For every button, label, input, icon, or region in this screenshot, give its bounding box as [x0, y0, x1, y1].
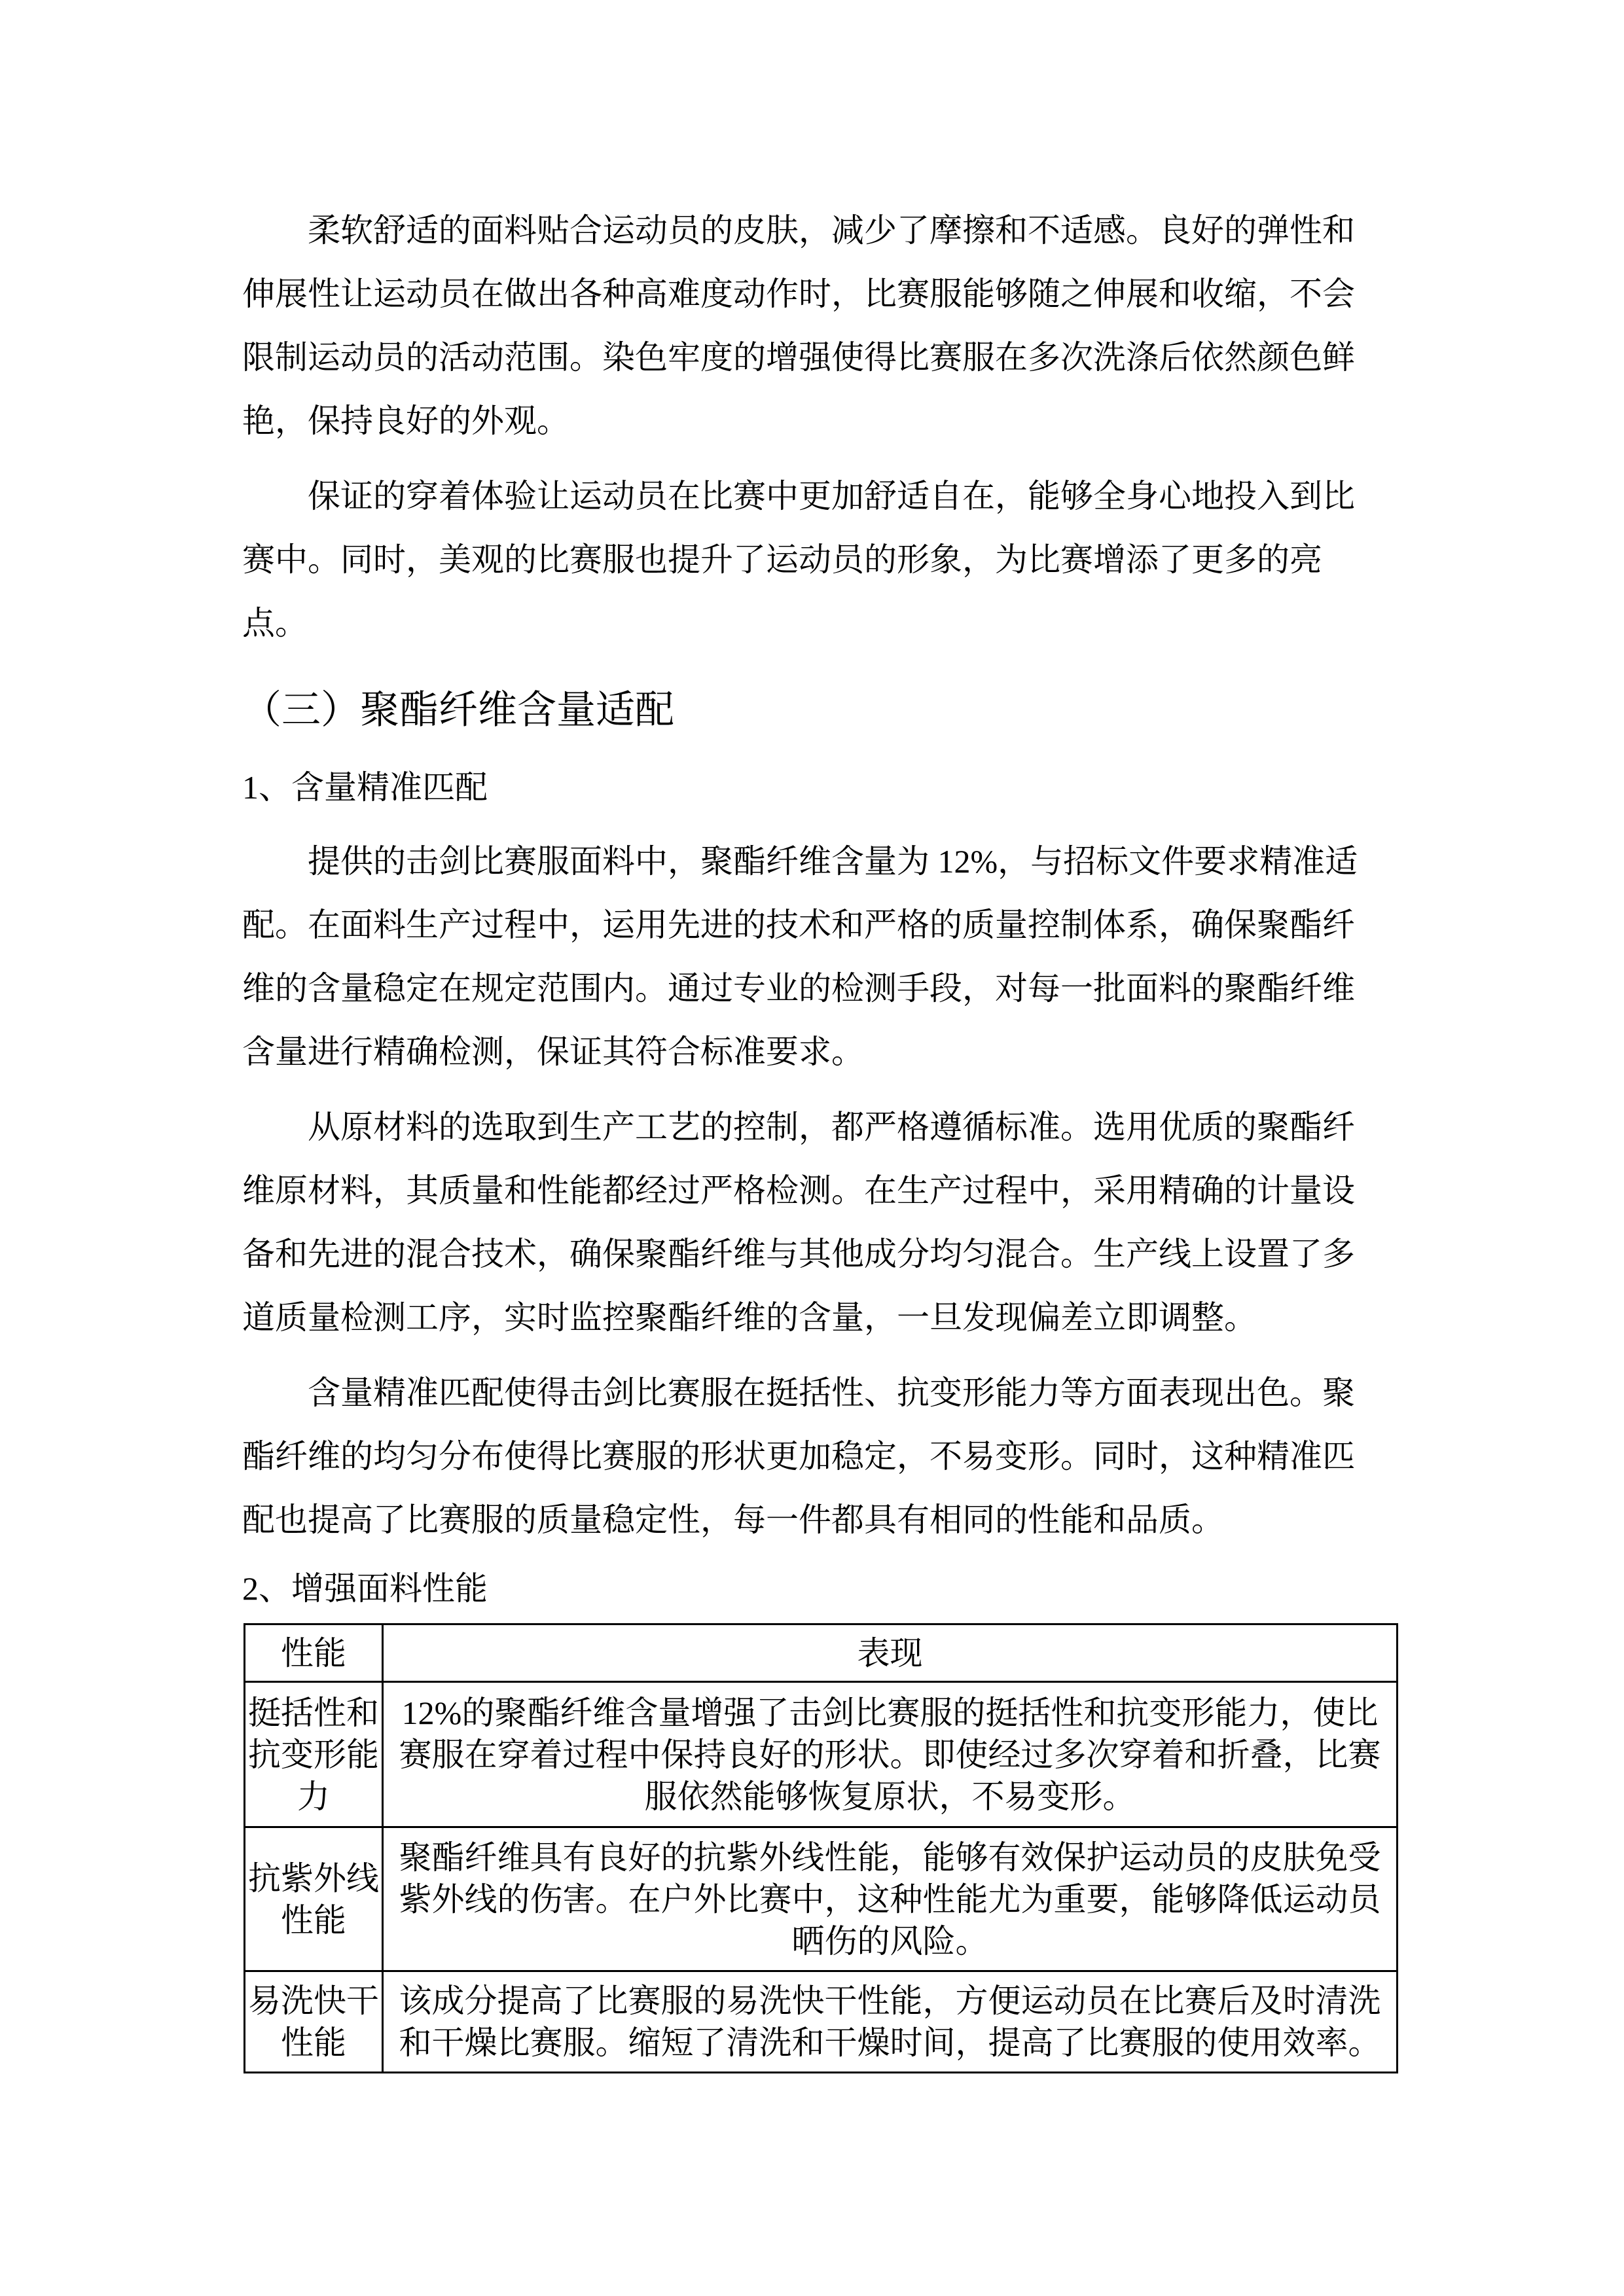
- table-row: 抗紫外线性能 聚酯纤维具有良好的抗紫外线性能，能够有效保护运动员的皮肤免受紫外线…: [245, 1827, 1398, 1971]
- paragraph-raw-material-control: 从原材料的选取到生产工艺的控制，都严格遵循标准。选用优质的聚酯纤维原材料，其质量…: [242, 1096, 1381, 1350]
- table-row: 易洗快干性能 该成分提高了比赛服的易洗快干性能，方便运动员在比赛后及时清洗和干燥…: [245, 1971, 1398, 2073]
- paragraph-content-12-percent: 提供的击剑比赛服面料中，聚酯纤维含量为 12%，与招标文件要求精准适配。在面料生…: [242, 830, 1381, 1084]
- table-header-property: 性能: [245, 1624, 383, 1682]
- cell-property-uv-resistance: 抗紫外线性能: [245, 1827, 383, 1971]
- table-header-row: 性能 表现: [245, 1624, 1398, 1682]
- cell-description-stiffness: 12%的聚酯纤维含量增强了击剑比赛服的挺括性和抗变形能力，使比赛服在穿着过程中保…: [383, 1682, 1398, 1827]
- table-row: 挺括性和抗变形能力 12%的聚酯纤维含量增强了击剑比赛服的挺括性和抗变形能力，使…: [245, 1682, 1398, 1827]
- document-page: 柔软舒适的面料贴合运动员的皮肤，减少了摩擦和不适感。良好的弹性和伸展性让运动员在…: [0, 0, 1624, 2296]
- paragraph-wearing-experience: 保证的穿着体验让运动员在比赛中更加舒适自在，能够全身心地投入到比赛中。同时，美观…: [242, 465, 1381, 655]
- paragraph-match-benefits: 含量精准匹配使得击剑比赛服在挺括性、抗变形能力等方面表现出色。聚酯纤维的均匀分布…: [242, 1361, 1381, 1552]
- paragraph-comfort: 柔软舒适的面料贴合运动员的皮肤，减少了摩擦和不适感。良好的弹性和伸展性让运动员在…: [242, 199, 1381, 453]
- cell-description-uv-resistance: 聚酯纤维具有良好的抗紫外线性能，能够有效保护运动员的皮肤免受紫外线的伤害。在户外…: [383, 1827, 1398, 1971]
- section-heading-polyester-content: （三）聚酯纤维含量适配: [242, 681, 1381, 740]
- sub-heading-enhanced-fabric-performance: 2、增强面料性能: [242, 1557, 1381, 1621]
- sub-heading-precise-content-match: 1、含量精准匹配: [242, 756, 1381, 819]
- performance-table: 性能 表现 挺括性和抗变形能力 12%的聚酯纤维含量增强了击剑比赛服的挺括性和抗…: [244, 1623, 1398, 2073]
- cell-description-easy-wash: 该成分提高了比赛服的易洗快干性能，方便运动员在比赛后及时清洗和干燥比赛服。缩短了…: [383, 1971, 1398, 2073]
- cell-property-easy-wash: 易洗快干性能: [245, 1971, 383, 2073]
- cell-property-stiffness: 挺括性和抗变形能力: [245, 1682, 383, 1827]
- table-header-description: 表现: [383, 1624, 1398, 1682]
